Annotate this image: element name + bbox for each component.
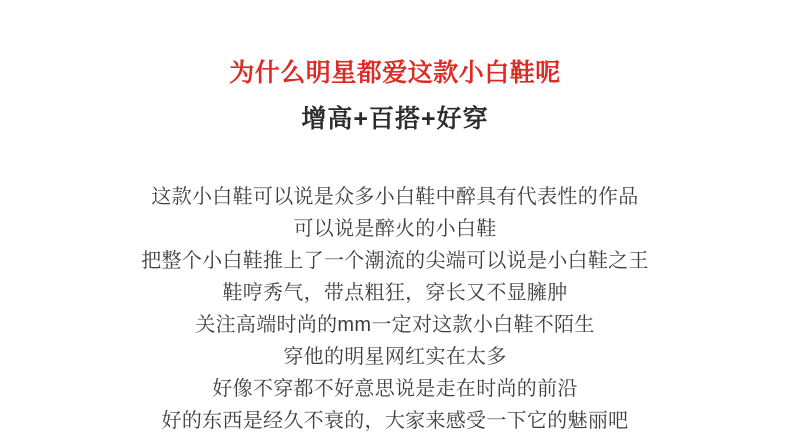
- text-line: 这款小白鞋可以说是众多小白鞋中醉具有代表性的作品: [0, 181, 790, 213]
- text-line: 好像不穿都不好意思说是走在时尚的前沿: [0, 373, 790, 405]
- text-line: 关注高端时尚的mm一定对这款小白鞋不陌生: [0, 309, 790, 341]
- text-line: 穿他的明星网红实在太多: [0, 341, 790, 373]
- body-paragraph: 这款小白鞋可以说是众多小白鞋中醉具有代表性的作品 可以说是醉火的小白鞋 把整个小…: [0, 181, 790, 437]
- text-line: 鞋哼秀气，带点粗狂，穿长又不显臃肿: [0, 277, 790, 309]
- subheadline: 增高+百搭+好穿: [0, 104, 790, 134]
- text-line: 把整个小白鞋推上了一个潮流的尖端可以说是小白鞋之王: [0, 245, 790, 277]
- marketing-page: 为什么明星都爱这款小白鞋呢 增高+百搭+好穿 这款小白鞋可以说是众多小白鞋中醉具…: [0, 0, 790, 443]
- headline: 为什么明星都爱这款小白鞋呢: [0, 0, 790, 88]
- text-line: 好的东西是经久不衰的，大家来感受一下它的魅丽吧: [0, 405, 790, 437]
- text-line: 可以说是醉火的小白鞋: [0, 213, 790, 245]
